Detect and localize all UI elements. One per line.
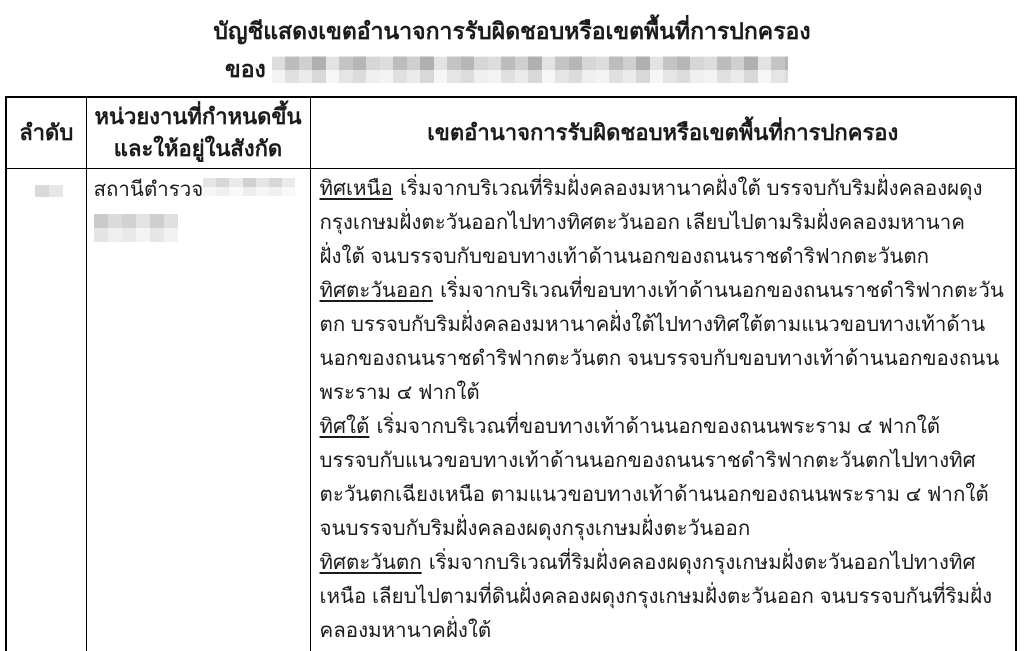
boundary-text-south: เริ่มจากบริเวณที่ขอบทางเท้าด้านนอกของถนน… xyxy=(320,415,989,540)
direction-label-north: ทิศเหนือ xyxy=(320,177,393,200)
header-jurisdiction: เขตอำนาจการรับผิดชอบหรือเขตพื้นที่การปกค… xyxy=(310,97,1016,169)
jurisdiction-table: ลำดับ หน่วยงานที่กำหนดขึ้น และให้อยู่ในส… xyxy=(5,96,1017,651)
boundary-section-south: ทิศใต้เริ่มจากบริเวณที่ขอบทางเท้าด้านนอก… xyxy=(320,410,1006,546)
boundary-text-north: เริ่มจากบริเวณที่ริมฝั่งคลองมหานาคฝั่งใต… xyxy=(320,177,983,268)
boundary-section-east: ทิศตะวันออกเริ่มจากบริเวณที่ขอบทางเท้าด้… xyxy=(320,274,1006,410)
redacted-station-name xyxy=(203,178,295,196)
direction-label-south: ทิศใต้ xyxy=(320,415,370,438)
boundary-section-north: ทิศเหนือเริ่มจากบริเวณที่ริมฝั่งคลองมหาน… xyxy=(320,172,1006,274)
page-title: บัญชีแสดงเขตอำนาจการรับผิดชอบหรือเขตพื้น… xyxy=(0,0,1024,50)
header-unit: หน่วยงานที่กำหนดขึ้น และให้อยู่ในสังกัด xyxy=(86,97,310,169)
cell-unit: สถานีตำรวจ xyxy=(86,169,310,651)
subtitle-prefix: ของ xyxy=(225,54,266,84)
unit-prefix: สถานีตำรวจ xyxy=(94,178,204,201)
direction-label-west: ทิศตะวันตก xyxy=(320,551,422,574)
header-unit-line2: และให้อยู่ในสังกัด xyxy=(87,133,310,165)
boundary-section-west: ทิศตะวันตกเริ่มจากบริเวณที่ริมฝั่งคลองผด… xyxy=(320,546,1006,648)
direction-label-east: ทิศตะวันออก xyxy=(320,279,433,302)
header-unit-line1: หน่วยงานที่กำหนดขึ้น xyxy=(87,101,310,133)
document-page: บัญชีแสดงเขตอำนาจการรับผิดชอบหรือเขตพื้น… xyxy=(0,0,1024,651)
cell-order xyxy=(6,169,86,651)
subtitle-line: ของ xyxy=(0,54,1024,84)
cell-jurisdiction: ทิศเหนือเริ่มจากบริเวณที่ริมฝั่งคลองมหาน… xyxy=(310,169,1016,651)
table-row: สถานีตำรวจ ทิศเหนือเริ่มจากบริเวณที่ริมฝ… xyxy=(6,169,1016,651)
header-order: ลำดับ xyxy=(6,97,86,169)
redacted-station-name-line2 xyxy=(94,214,178,242)
redacted-organization-name xyxy=(272,56,788,83)
table-header-row: ลำดับ หน่วยงานที่กำหนดขึ้น และให้อยู่ในส… xyxy=(6,97,1016,169)
redacted-order-number xyxy=(35,185,63,197)
